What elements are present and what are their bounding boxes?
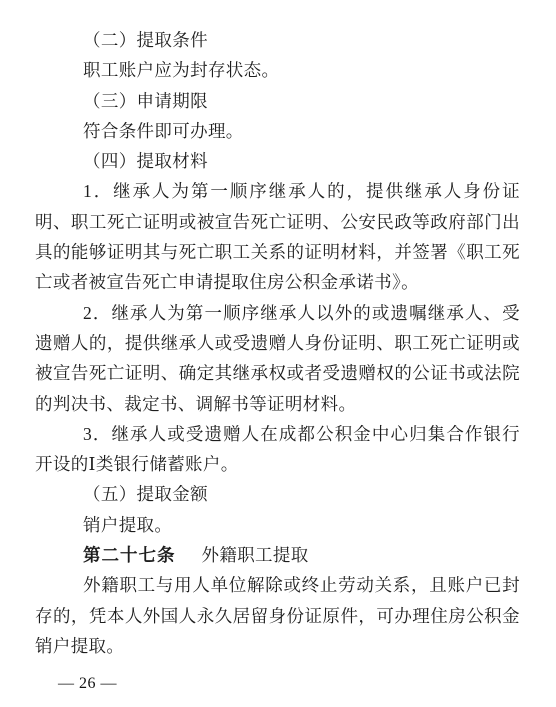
paragraph-account-sealed: 职工账户应为封存状态。 <box>35 55 520 85</box>
paragraph-foreign-employees: 外籍职工与用人单位解除或终止劳动关系，且账户已封存的，凭本人外国人永久居留身份证… <box>35 570 520 661</box>
list-item-other-heirs: 2．继承人为第一顺序继承人以外的或遗嘱继承人、受遗赠人的，提供继承人或受遗赠人身… <box>35 298 520 419</box>
subheading-extraction-conditions: （二）提取条件 <box>35 25 520 55</box>
article-heading: 第二十七条外籍职工提取 <box>35 540 520 570</box>
article-title: 外籍职工提取 <box>202 545 309 565</box>
subheading-extraction-amount: （五）提取金额 <box>35 479 520 509</box>
document-page: （二）提取条件 职工账户应为封存状态。 （三）申请期限 符合条件即可办理。 （四… <box>0 0 556 707</box>
paragraph-eligible-anytime: 符合条件即可办理。 <box>35 116 520 146</box>
document-body: （二）提取条件 职工账户应为封存状态。 （三）申请期限 符合条件即可办理。 （四… <box>35 25 520 661</box>
page-number: — 26 — <box>58 675 117 693</box>
paragraph-account-closure: 销户提取。 <box>35 510 520 540</box>
list-item-bank-account: 3．继承人或受遗赠人在成都公积金中心归集合作银行开设的Ⅰ类银行储蓄账户。 <box>35 419 520 480</box>
article-number-bold: 第二十七条 <box>83 545 176 565</box>
subheading-application-period: （三）申请期限 <box>35 86 520 116</box>
subheading-extraction-materials: （四）提取材料 <box>35 146 520 176</box>
list-item-first-order-heirs: 1．继承人为第一顺序继承人的，提供继承人身份证明、职工死亡证明或被宣告死亡证明、… <box>35 176 520 297</box>
